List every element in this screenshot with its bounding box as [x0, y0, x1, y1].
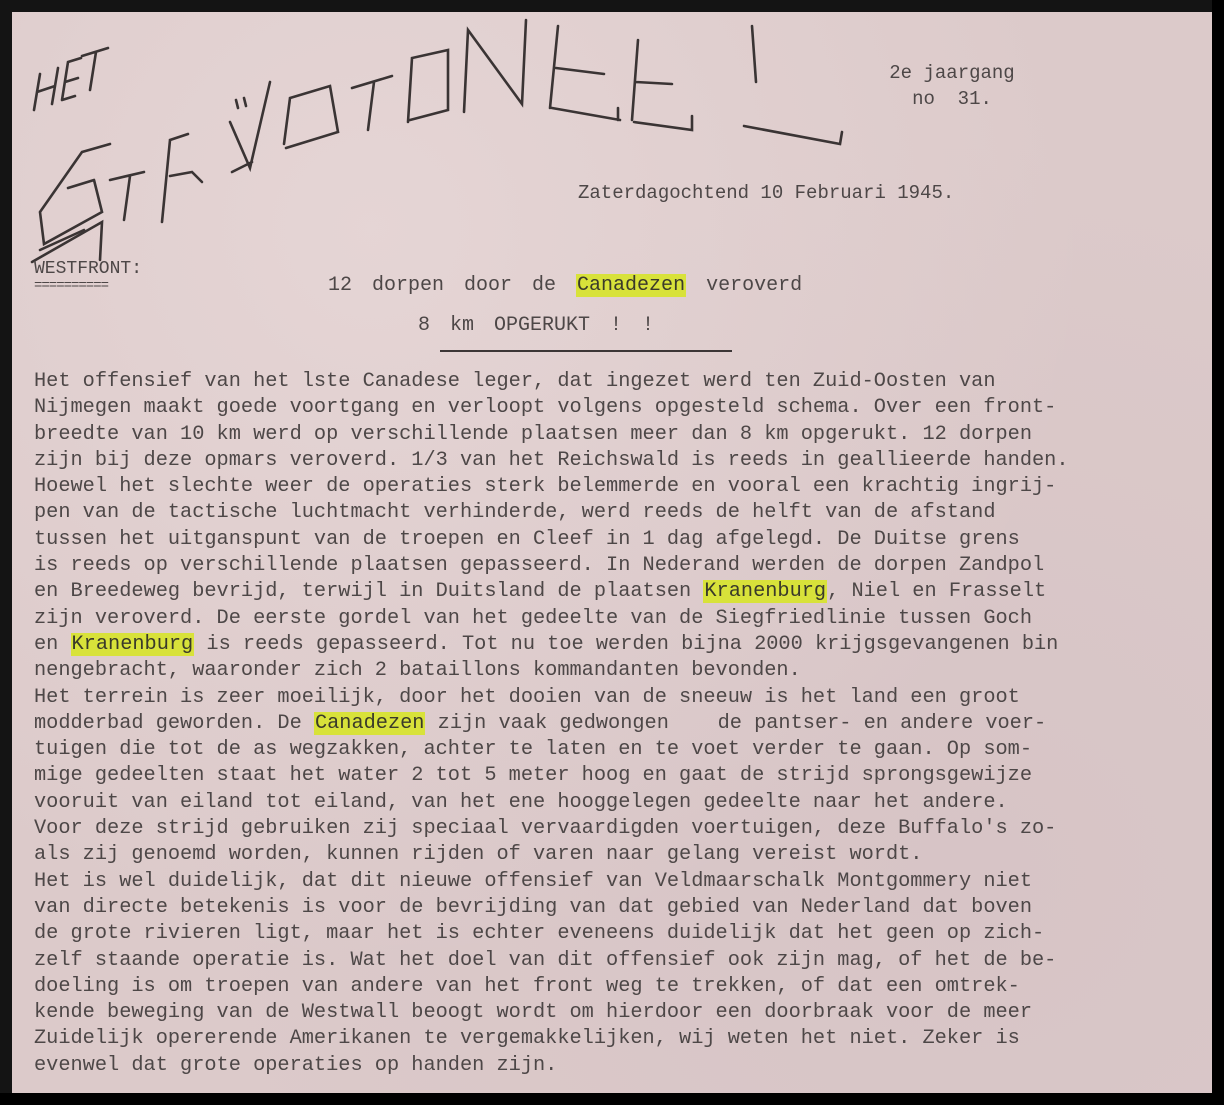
article-line: Zuidelijk opererende Amerikanen te verge… — [34, 1026, 1212, 1052]
headline-line-1: 12 dorpen door de Canadezen veroverd — [328, 274, 802, 297]
issue-number: no 31. — [862, 86, 1042, 112]
article-line: en Breedeweg bevrijd, terwijl in Duitsla… — [34, 579, 1212, 605]
article-text: , Niel en Frasselt — [827, 580, 1046, 603]
headline-line-2: 8 km OPGERUKT ! ! — [418, 314, 654, 337]
article-line: doeling is om troepen van andere van het… — [34, 974, 1212, 1000]
article-text: en Breedeweg bevrijd, terwijl in Duitsla… — [34, 580, 703, 603]
section-label: WESTFRONT: ========== — [34, 260, 142, 294]
article-line: zijn veroverd. De eerste gordel van het … — [34, 606, 1212, 632]
article-text: is reeds gepasseerd. Tot nu toe werden b… — [194, 633, 1058, 656]
article-line: Het offensief van het lste Canadese lege… — [34, 369, 1212, 395]
headline-text: 12 dorpen door de — [328, 274, 576, 297]
article-text: en — [34, 633, 71, 656]
article-body: Het offensief van het lste Canadese lege… — [34, 369, 1212, 1079]
volume-label: 2e jaargang — [862, 60, 1042, 86]
dateline: Zaterdagochtend 10 Februari 1945. — [578, 182, 954, 204]
article-line: modderbad geworden. De Canadezen zijn va… — [34, 711, 1212, 737]
newspaper-page: HET STRŸDTONEEL — [12, 12, 1212, 1093]
article-line: tussen het uitganspunt van de troepen en… — [34, 527, 1212, 553]
article-line: Voor deze strijd gebruiken zij speciaal … — [34, 816, 1212, 842]
article-line: is reeds op verschillende plaatsen gepas… — [34, 553, 1212, 579]
article-text: modderbad geworden. De — [34, 712, 314, 735]
article-line: Het terrein is zeer moeilijk, door het d… — [34, 685, 1212, 711]
article-line: van directe betekenis is voor de bevrijd… — [34, 895, 1212, 921]
masthead: HET STRŸDTONEEL — [12, 12, 872, 272]
highlighted-term: Kranenburg — [71, 633, 195, 656]
article-line: zijn bij deze opmars veroverd. 1/3 van h… — [34, 448, 1212, 474]
frame-border-bottom — [0, 1093, 1224, 1105]
headline-text: veroverd — [686, 274, 802, 297]
article-line: breedte van 10 km werd op verschillende … — [34, 422, 1212, 448]
article-line: en Kranenburg is reeds gepasseerd. Tot n… — [34, 632, 1212, 658]
article-line: als zij genoemd worden, kunnen rijden of… — [34, 842, 1212, 868]
article-line: zelf staande operatie is. Wat het doel v… — [34, 948, 1212, 974]
article-line: Nijmegen maakt goede voortgang en verloo… — [34, 395, 1212, 421]
highlighted-term: Kranenburg — [703, 580, 827, 603]
frame-border-right — [1212, 0, 1224, 1105]
article-text: zijn vaak gedwongen de pantser- en ander… — [425, 712, 1046, 735]
masthead-lettering-icon — [12, 12, 872, 272]
headline-rule — [440, 350, 732, 352]
issue-info: 2e jaargang no 31. — [862, 60, 1042, 112]
article-line: de grote rivieren ligt, maar het is echt… — [34, 921, 1212, 947]
article-line: vooruit van eiland tot eiland, van het e… — [34, 790, 1212, 816]
article-line: evenwel dat grote operaties op handen zi… — [34, 1053, 1212, 1079]
highlighted-term: Canadezen — [314, 712, 426, 735]
article-line: Hoewel het slechte weer de operaties ste… — [34, 474, 1212, 500]
section-underline: ========== — [34, 278, 142, 294]
article-line: pen van de tactische luchtmacht verhinde… — [34, 500, 1212, 526]
article-line: kende beweging van de Westwall beoogt wo… — [34, 1000, 1212, 1026]
article-line: nengebracht, waaronder zich 2 bataillons… — [34, 658, 1212, 684]
highlighted-term: Canadezen — [576, 274, 686, 297]
article-line: mige gedeelten staat het water 2 tot 5 m… — [34, 763, 1212, 789]
article-line: Het is wel duidelijk, dat dit nieuwe off… — [34, 869, 1212, 895]
article-line: tuigen die tot de as wegzakken, achter t… — [34, 737, 1212, 763]
section-title: WESTFRONT: — [34, 260, 142, 278]
